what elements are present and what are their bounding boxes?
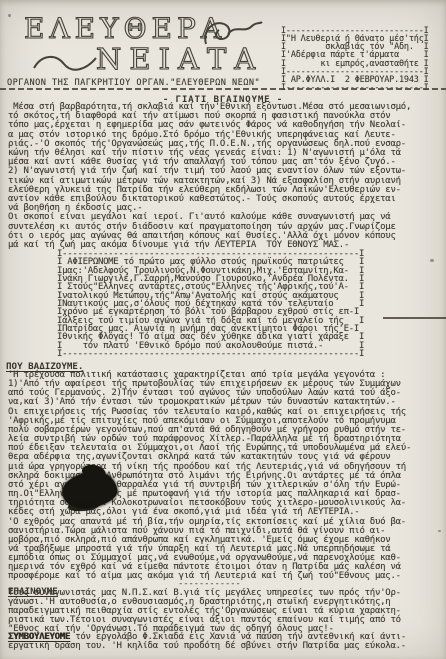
organ-subtitle: ΟΡΓΑΝΟΝ ΤΗΣ ΠΑΓΚΡΗΤΙΟΥ ΟΡΓΑΝ."ΕΛΕΥΘΕΡΩΝ … (7, 78, 260, 88)
article4-body: ΣΥΜΒΟΥΛΕΥΟΜΕ τόν εργολάβο Φ.Σκιαδά εις Χ… (8, 633, 406, 651)
masthead-divider-rule (0, 88, 446, 90)
dedication-box: I---------------------------------------… (57, 250, 364, 358)
paper-speck (8, 14, 11, 17)
article3-body: Τούς συναγωνιστάς μας Ν.Π.Σ.καί Β.γιά τί… (8, 589, 401, 634)
article4-line2-text: εργατική δράση του. 'Η κηλίδα τού προδότ… (8, 641, 406, 651)
newspaper-title-line2: ΝΕΙΑΤΑ (96, 42, 263, 76)
newspaper-title-line1: ΕΛΕΥΘΕΡΑ (24, 12, 226, 45)
article2-body: 'Η τρέχουσα πολιτική κατάστασις χαρακτηρ… (8, 371, 411, 582)
swash-ornament-icon (32, 52, 98, 74)
article1-body: Μέσα στή βαρβαρότητα,τή σκλαβιά καί τήν'… (8, 103, 411, 250)
pencil-line-mark (383, 317, 446, 319)
newspaper-page: ΕΛΕΥΘΕΡΑ ΝΕΙΑΤΑ ΟΡΓΑΝΟΝ ΤΗΣ ΠΑΓΚΡΗΤΙΟΥ Ο… (0, 0, 446, 659)
paper-speck (430, 259, 434, 262)
motto-issue-box: I----------------------------I I"Η Λευθε… (281, 27, 429, 92)
paper-speck (438, 530, 441, 532)
